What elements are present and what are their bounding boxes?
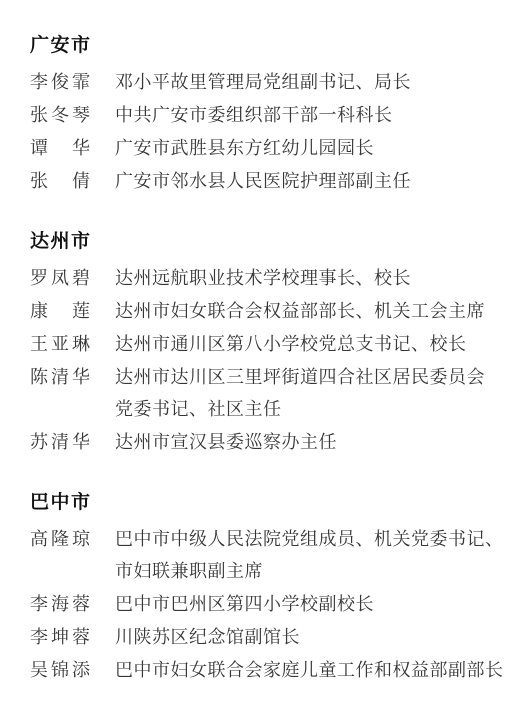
city-heading: 巴中市 bbox=[30, 487, 508, 519]
person-title: 巴中市中级人民法院党组成员、机关党委书记、 市妇联兼职副主席 bbox=[115, 523, 508, 587]
person-name: 苏清华 bbox=[30, 426, 90, 458]
person-title: 广安市邻水县人民医院护理部副主任 bbox=[115, 165, 508, 197]
city-heading: 达州市 bbox=[30, 226, 508, 258]
person-name: 张倩 bbox=[30, 165, 90, 197]
person-name: 谭华 bbox=[30, 132, 90, 164]
entry-row: 李海蓉 巴中市巴州区第四小学校副校长 bbox=[30, 588, 508, 620]
entry-row: 李俊霏 邓小平故里管理局党组副书记、局长 bbox=[30, 66, 508, 98]
entry-row: 张冬琴 中共广安市委组织部干部一科科长 bbox=[30, 99, 508, 131]
entry-row: 康莲 达州市妇女联合会权益部部长、机关工会主席 bbox=[30, 295, 508, 327]
city-section: 达州市 罗凤碧 达州远航职业技术学校理事长、校长 康莲 达州市妇女联合会权益部部… bbox=[30, 226, 508, 458]
person-name: 康莲 bbox=[30, 295, 90, 327]
entry-rows: 李俊霏 邓小平故里管理局党组副书记、局长 张冬琴 中共广安市委组织部干部一科科长… bbox=[30, 66, 508, 197]
entry-row: 李坤蓉 川陕苏区纪念馆副馆长 bbox=[30, 621, 508, 653]
person-name: 王亚琳 bbox=[30, 328, 90, 360]
person-title: 达州市通川区第八小学校党总支书记、校长 bbox=[115, 328, 508, 360]
city-section: 广安市 李俊霏 邓小平故里管理局党组副书记、局长 张冬琴 中共广安市委组织部干部… bbox=[30, 30, 508, 197]
person-name: 罗凤碧 bbox=[30, 262, 90, 294]
person-title: 达州市达川区三里坪街道四合社区居民委员会 党委书记、社区主任 bbox=[115, 361, 508, 425]
person-title: 广安市武胜县东方红幼儿园园长 bbox=[115, 132, 508, 164]
city-heading: 广安市 bbox=[30, 30, 508, 62]
person-title: 达州远航职业技术学校理事长、校长 bbox=[115, 262, 508, 294]
document-page: 广安市 李俊霏 邓小平故里管理局党组副书记、局长 张冬琴 中共广安市委组织部干部… bbox=[0, 0, 523, 714]
person-title: 巴中市巴州区第四小学校副校长 bbox=[115, 588, 508, 620]
person-name: 吴锦添 bbox=[30, 654, 90, 686]
entry-rows: 罗凤碧 达州远航职业技术学校理事长、校长 康莲 达州市妇女联合会权益部部长、机关… bbox=[30, 262, 508, 458]
person-title: 邓小平故里管理局党组副书记、局长 bbox=[115, 66, 508, 98]
entry-row: 吴锦添 巴中市妇女联合会家庭儿童工作和权益部副部长 bbox=[30, 654, 508, 686]
person-title: 中共广安市委组织部干部一科科长 bbox=[115, 99, 508, 131]
person-title: 巴中市妇女联合会家庭儿童工作和权益部副部长 bbox=[115, 654, 508, 686]
entry-row: 王亚琳 达州市通川区第八小学校党总支书记、校长 bbox=[30, 328, 508, 360]
person-name: 李坤蓉 bbox=[30, 621, 90, 653]
entry-row: 高隆琼 巴中市中级人民法院党组成员、机关党委书记、 市妇联兼职副主席 bbox=[30, 523, 508, 587]
person-name: 李海蓉 bbox=[30, 588, 90, 620]
commendation-list: 广安市 李俊霏 邓小平故里管理局党组副书记、局长 张冬琴 中共广安市委组织部干部… bbox=[30, 30, 508, 686]
person-title: 达州市宣汉县委巡察办主任 bbox=[115, 426, 508, 458]
person-title: 川陕苏区纪念馆副馆长 bbox=[115, 621, 508, 653]
entry-row: 陈清华 达州市达川区三里坪街道四合社区居民委员会 党委书记、社区主任 bbox=[30, 361, 508, 425]
entry-row: 张倩 广安市邻水县人民医院护理部副主任 bbox=[30, 165, 508, 197]
person-name: 李俊霏 bbox=[30, 66, 90, 98]
entry-row: 罗凤碧 达州远航职业技术学校理事长、校长 bbox=[30, 262, 508, 294]
entry-rows: 高隆琼 巴中市中级人民法院党组成员、机关党委书记、 市妇联兼职副主席 李海蓉 巴… bbox=[30, 523, 508, 686]
person-name: 陈清华 bbox=[30, 361, 90, 393]
entry-row: 谭华 广安市武胜县东方红幼儿园园长 bbox=[30, 132, 508, 164]
person-name: 张冬琴 bbox=[30, 99, 90, 131]
entry-row: 苏清华 达州市宣汉县委巡察办主任 bbox=[30, 426, 508, 458]
person-title: 达州市妇女联合会权益部部长、机关工会主席 bbox=[115, 295, 508, 327]
person-name: 高隆琼 bbox=[30, 523, 90, 555]
city-section: 巴中市 高隆琼 巴中市中级人民法院党组成员、机关党委书记、 市妇联兼职副主席 李… bbox=[30, 487, 508, 686]
